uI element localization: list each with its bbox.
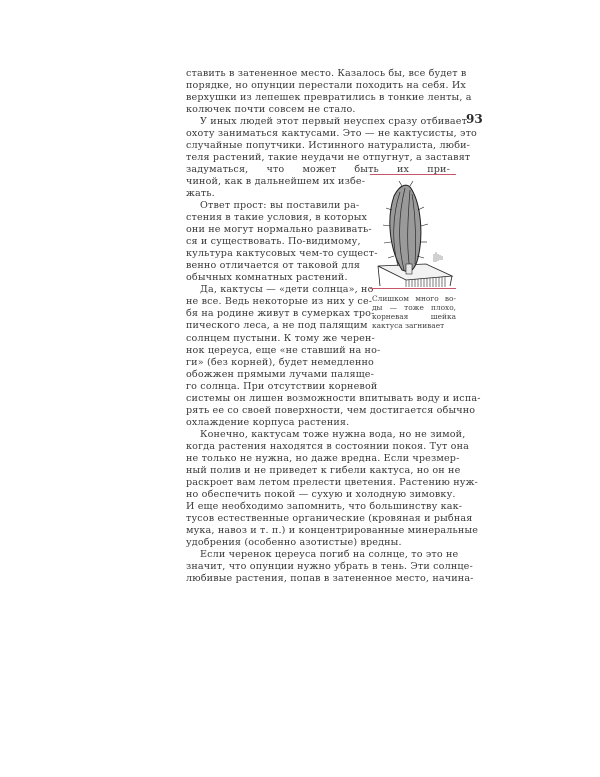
text-line: стения в такие условия, в которых xyxy=(186,212,358,224)
text-line: системы он лишен возможности впитывать в… xyxy=(186,393,450,405)
text-line: И еще необходимо запомнить, что большинс… xyxy=(186,501,450,513)
text-line: удобрения (особенно азотистые) вредны. xyxy=(186,537,450,549)
text-line: раскроет вам летом прелести цветения. Ра… xyxy=(186,477,450,489)
text-line: культура кактусовых чем-то сущест- xyxy=(186,248,358,260)
text-line: нок цереуса, еще «не ставший на но- xyxy=(186,345,362,357)
figure-bottom-rule xyxy=(370,288,456,289)
text-line: они не могут нормально развивать- xyxy=(186,224,358,236)
text-line: не все. Ведь некоторые из них у се- xyxy=(186,296,358,308)
text-line: порядке, но опунции перестали походить н… xyxy=(186,80,450,92)
figure-top-rule xyxy=(370,174,456,175)
text-line: Ответ прост: вы поставили ра- xyxy=(186,200,358,212)
text-line: венно отличается от таковой для xyxy=(186,260,358,272)
text-line: солнцем пустыни. К тому же черен- xyxy=(186,333,362,345)
text-line: любивые растения, попав в затененное мес… xyxy=(186,573,450,585)
book-page: ставить в затененное место. Казалось бы,… xyxy=(0,0,600,777)
text-line: Если черенок цереуса погиб на солнце, то… xyxy=(186,549,450,561)
text-line: когда растения находятся в состоянии пок… xyxy=(186,441,450,453)
figure-caption-line: ды — тоже плохо, xyxy=(372,303,456,312)
text-line: мука, навоз и т. п.) и концентрированные… xyxy=(186,525,450,537)
text-line: рять ее со своей поверхности, чем достиг… xyxy=(186,405,450,417)
text-line: ставить в затененное место. Казалось бы,… xyxy=(186,68,450,80)
figure-caption-line: кактуса загнивает xyxy=(372,321,456,330)
text-line: охоту заниматься кактусами. Это — не как… xyxy=(186,128,450,140)
text-line: ный полив и не приведет к гибели кактуса… xyxy=(186,465,450,477)
text-line: случайные попутчики. Истинного натуралис… xyxy=(186,140,450,152)
text-line: теля растений, такие неудачи не отпугнут… xyxy=(186,152,450,164)
text-line: Конечно, кактусам тоже нужна вода, но не… xyxy=(186,429,450,441)
text-line: тусов естественные органические (кровяна… xyxy=(186,513,450,525)
text-line: колючек почти совсем не стало. xyxy=(186,104,450,116)
text-line: Да, кактусы — «дети солнца», но xyxy=(186,284,358,296)
text-line: го солнца. При отсутствии корневой xyxy=(186,381,362,393)
text-line: но обеспечить покой — сухую и холодную з… xyxy=(186,489,450,501)
text-line: ся и существовать. По-видимому, xyxy=(186,236,358,248)
figure-caption-line: корневая шейка xyxy=(372,312,456,321)
text-line: обожжен прямыми лучами паляще- xyxy=(186,369,362,381)
cactus-illustration-icon xyxy=(372,180,456,280)
text-line: не только не нужна, но даже вредна. Если… xyxy=(186,453,450,465)
text-line: охлаждение корпуса растения. xyxy=(186,417,450,429)
text-line: ги» (без корней), будет немедленно xyxy=(186,357,362,369)
text-line: верхушки из лепешек превратились в тонки… xyxy=(186,92,450,104)
text-line: У иных людей этот первый неуспех сразу о… xyxy=(186,116,450,128)
page-number: 93 xyxy=(466,112,483,126)
text-line: жать. xyxy=(186,188,358,200)
text-line: обычных комнатных растений. xyxy=(186,272,358,284)
figure-caption-line: Слишком много во- xyxy=(372,294,456,303)
text-line: бя на родине живут в сумерках тро- xyxy=(186,308,358,320)
text-line: значит, что опунции нужно убрать в тень.… xyxy=(186,561,450,573)
text-line: пического леса, а не под палящим xyxy=(186,320,358,332)
text-line: чиной, как в дальнейшем их избе- xyxy=(186,176,358,188)
